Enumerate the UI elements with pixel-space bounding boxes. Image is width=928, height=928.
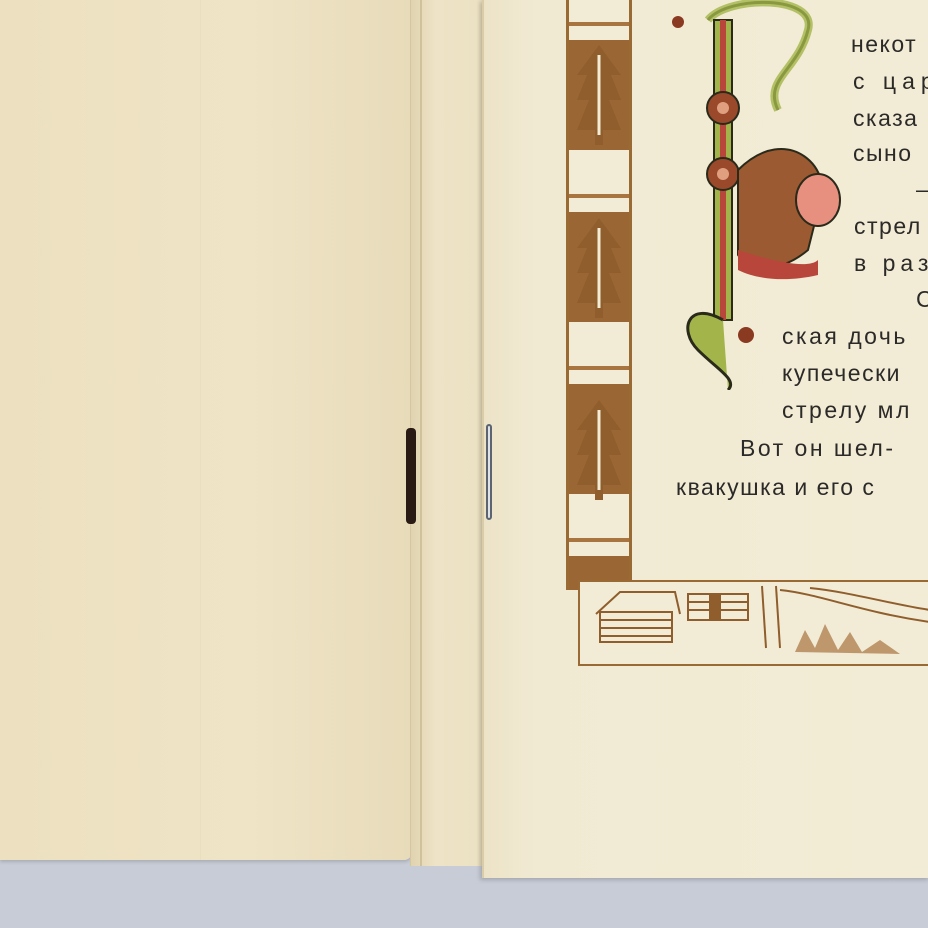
village-scene-illustration [578, 580, 928, 666]
left-blank-page [0, 0, 412, 860]
fir-tree-ornament-icon [577, 45, 621, 145]
spine-fold [410, 0, 493, 866]
staple [486, 424, 492, 520]
binding-thread [406, 428, 416, 524]
ornamental-border-column [566, 0, 632, 590]
fir-tree-ornament-icon [577, 400, 621, 500]
log-cabin-landscape-icon [580, 582, 928, 668]
fir-tree-ornament-icon [577, 218, 621, 318]
page-crease [420, 0, 422, 866]
illuminated-initial-letter-icon [668, 0, 848, 390]
